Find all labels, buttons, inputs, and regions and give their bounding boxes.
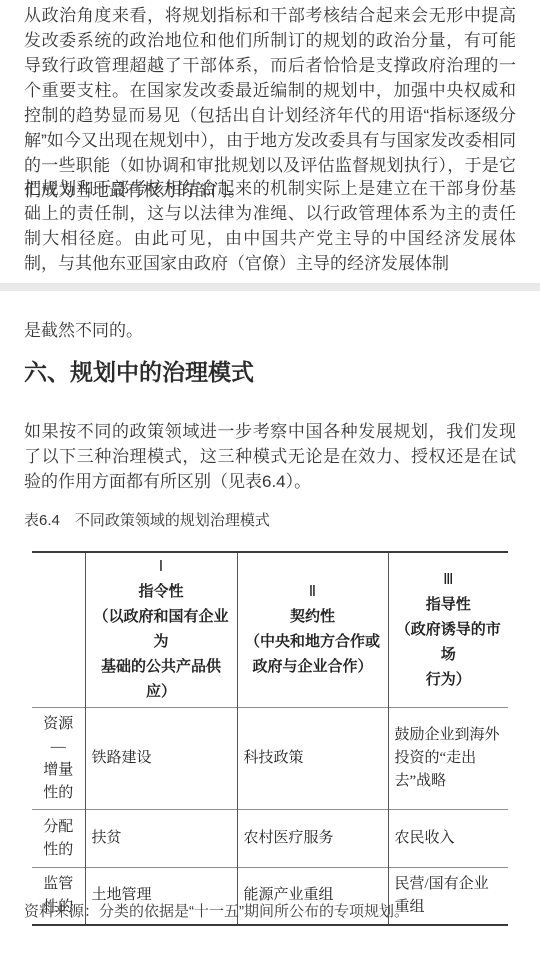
table-cell: 铁路建设 [85,708,237,810]
table-cell: 扶贫 [85,810,237,868]
paragraph-cadre-mechanism: 把规划和干部考核相结合起来的机制实际上是建立在干部身份基础上的责任制，这与以法律… [24,176,516,276]
column-name: 指令性 [92,580,231,605]
column-name: 契约性 [244,605,382,630]
row-header-distributive: 分配 性的 [32,810,85,868]
column-numeral: Ⅲ [395,568,503,593]
page-break-divider [0,283,540,291]
table-cell: 鼓励企业到海外 投资的“走出 去”战略 [388,708,508,810]
table-row: 资源 — 增量 性的 铁路建设 科技政策 鼓励企业到海外 投资的“走出 去”战略 [32,708,508,810]
section-heading: 六、规划中的治理模式 [24,356,516,388]
table-row: 分配 性的 扶贫 农村医疗服务 农民收入 [32,810,508,868]
table-caption: 表6.4 不同政策领域的规划治理模式 [24,510,516,531]
column-desc: （政府诱导的市场 行为） [395,618,503,693]
column-name: 指导性 [395,593,503,618]
column-header-guiding: Ⅲ 指导性 （政府诱导的市场 行为） [388,552,508,708]
source-note: 资料来源：分类的依据是“十一五”期间所公布的专项规划。 [24,901,516,923]
paragraph-continuation: 是截然不同的。 [24,318,516,343]
table-header-row: Ⅰ 指令性 （以政府和国有企业为 基础的公共产品供应） Ⅱ 契约性 （中央和地方… [32,552,508,708]
ebook-page: 从政治角度来看，将规划指标和干部考核结合起来会无形中提高发改委系统的政治地位和他… [0,0,540,960]
governance-modes-table: Ⅰ 指令性 （以政府和国有企业为 基础的公共产品供应） Ⅱ 契约性 （中央和地方… [32,551,508,926]
column-header-contractual: Ⅱ 契约性 （中央和地方合作或 政府与企业合作） [237,552,388,708]
column-numeral: Ⅱ [244,580,382,605]
row-header-resource: 资源 — 增量 性的 [32,708,85,810]
paragraph-political-angle: 从政治角度来看，将规划指标和干部考核结合起来会无形中提高发改委系统的政治地位和他… [24,3,516,203]
table-cell: 农村医疗服务 [237,810,388,868]
column-numeral: Ⅰ [92,555,231,580]
table-cell: 农民收入 [388,810,508,868]
column-desc: （中央和地方合作或 政府与企业合作） [244,630,382,680]
table-corner-cell [32,552,85,708]
paragraph-three-modes: 如果按不同的政策领域进一步考察中国各种发展规划，我们发现了以下三种治理模式，这三… [24,419,516,494]
table-cell: 科技政策 [237,708,388,810]
column-header-directive: Ⅰ 指令性 （以政府和国有企业为 基础的公共产品供应） [85,552,237,708]
column-desc: （以政府和国有企业为 基础的公共产品供应） [92,605,231,705]
